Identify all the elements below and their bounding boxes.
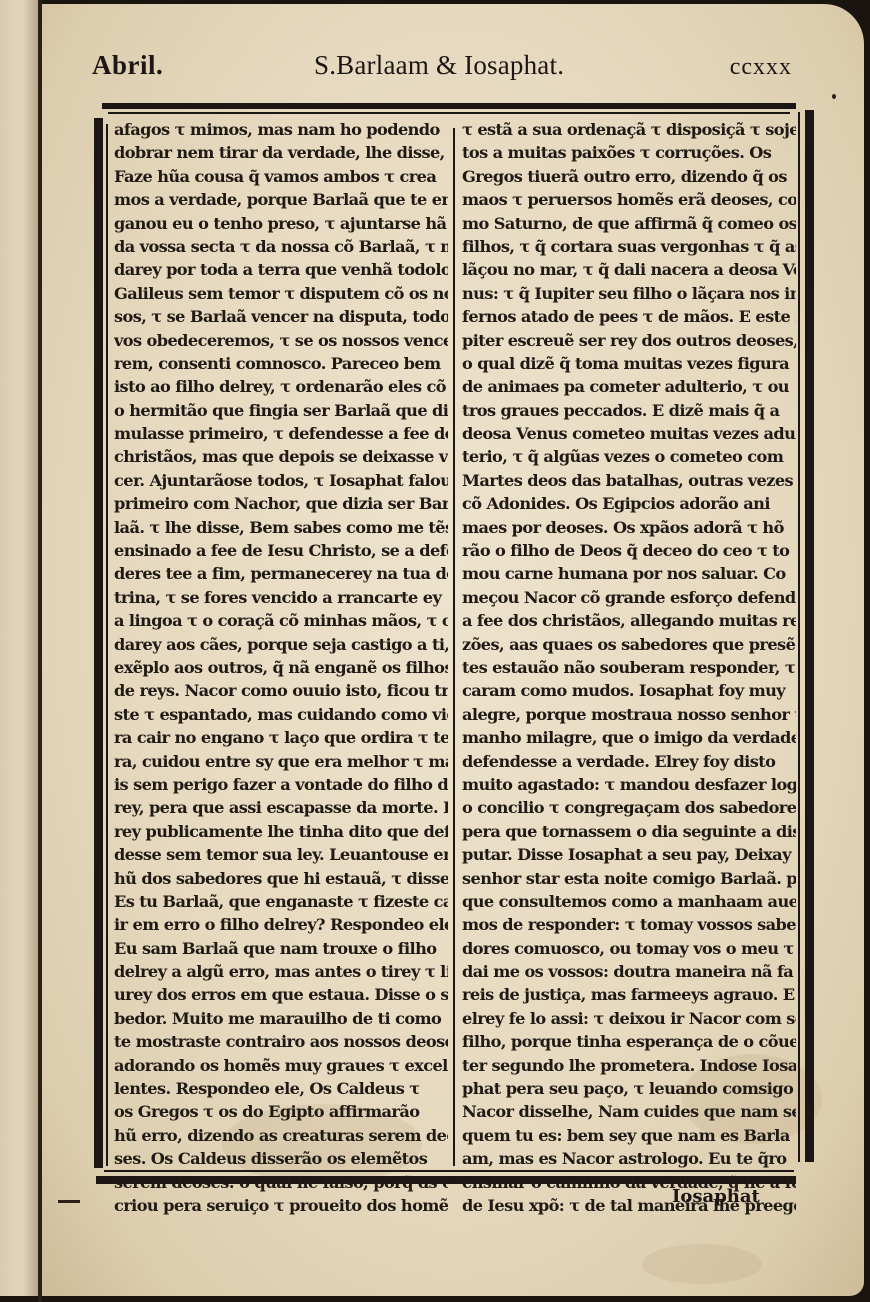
text-line: darey por toda a terra que venhã todolos xyxy=(114,258,448,281)
text-line: vos obedeceremos, τ se os nossos vence xyxy=(114,329,448,352)
text-line: primeiro com Nachor, que dizia ser Bar xyxy=(114,492,448,515)
text-line: rey publicamente lhe tinha dito que defe xyxy=(114,820,448,843)
text-line: Faze hũa cousa q̃ vamos ambos τ crea xyxy=(114,165,448,188)
text-line: Galileus sem temor τ disputem cõ os nos xyxy=(114,282,448,305)
text-line: a lingoa τ o coraçã cõ minhas mãos, τ o xyxy=(114,609,448,632)
text-line: lãçou no mar, τ q̃ dali nacera a deosa V… xyxy=(462,258,796,281)
right-border-thick xyxy=(805,110,814,1162)
text-line: o concilio τ congregaçam dos sabedores xyxy=(462,796,796,819)
text-line: am, mas es Nacor astrologo. Eu te q̃ro xyxy=(462,1147,796,1170)
text-line: meçou Nacor cõ grande esforço defender xyxy=(462,586,796,609)
text-line: mulasse primeiro, τ defendesse a fee dos xyxy=(114,422,448,445)
text-line: da vossa secta τ da nossa cõ Barlaã, τ m… xyxy=(114,235,448,258)
text-column-right: τ estã a sua ordenaçã τ disposiçã τ soje… xyxy=(462,118,796,1217)
text-line: trina, τ se fores vencido a rrancarte ey xyxy=(114,586,448,609)
text-line: cõ Adonides. Os Egipcios adorão ani xyxy=(462,492,796,515)
text-line: ter segundo lhe prometera. Indose Iosa xyxy=(462,1054,796,1077)
text-line: exẽplo aos outros, q̃ nã enganẽ os filho… xyxy=(114,656,448,679)
text-line: lentes. Respondeo ele, Os Caldeus τ xyxy=(114,1077,448,1100)
text-line: senhor star esta noite comigo Barlaã. pe… xyxy=(462,867,796,890)
text-line: nus: τ q̃ Iupiter seu filho o lãçara nos… xyxy=(462,282,796,305)
text-line: o qual dizẽ q̃ toma muitas vezes figura xyxy=(462,352,796,375)
text-line: laã. τ lhe disse, Bem sabes como me tẽs xyxy=(114,516,448,539)
text-line: Martes deos das batalhas, outras vezes xyxy=(462,469,796,492)
text-line: maes por deoses. Os xpãos adorã τ hõ xyxy=(462,516,796,539)
running-head: Abril. S.Barlaam & Iosaphat. ccxxx xyxy=(92,50,792,90)
text-line: Es tu Barlaã, que enganaste τ fizeste ca xyxy=(114,890,448,913)
text-line: mos a verdade, porque Barlaã que te en xyxy=(114,188,448,211)
text-line: muito agastado: τ mandou desfazer logo xyxy=(462,773,796,796)
text-line: tos a muitas paixões τ corruções. Os xyxy=(462,141,796,164)
ink-mark xyxy=(58,1200,80,1203)
text-line: zões, aas quaes os sabedores que presẽ xyxy=(462,633,796,656)
running-head-title: S.Barlaam & Iosaphat. xyxy=(314,50,564,81)
text-line: christãos, mas que depois se deixasse vẽ xyxy=(114,445,448,468)
text-line: a fee dos christãos, allegando muitas re xyxy=(462,609,796,632)
text-line: pera que tornassem o dia seguinte a dis xyxy=(462,820,796,843)
text-line: quem tu es: bem sey que nam es Barla xyxy=(462,1124,796,1147)
text-line: adorando os homẽs muy graues τ excel xyxy=(114,1054,448,1077)
text-line: mos de responder: τ tomay vossos sabe xyxy=(462,913,796,936)
top-rule-thin xyxy=(108,112,790,114)
text-line: de animaes pa cometer adulterio, τ ou xyxy=(462,375,796,398)
text-line: deres tee a fim, permanecerey na tua dou xyxy=(114,562,448,585)
text-line: te mostraste contrairo aos nossos deoses xyxy=(114,1030,448,1053)
text-line: Eu sam Barlaã que nam trouxe o filho xyxy=(114,937,448,960)
text-line: defendesse a verdade. Elrey foy disto xyxy=(462,750,796,773)
text-line: tes estauão não souberam responder, τ fi xyxy=(462,656,796,679)
text-line: afagos τ mimos, mas nam ho podendo xyxy=(114,118,448,141)
folio-number: ccxxx xyxy=(730,54,792,81)
left-border-thick xyxy=(94,118,103,1168)
ink-spot xyxy=(832,94,836,99)
text-line: filho, porque tinha esperança de o cõuer xyxy=(462,1030,796,1053)
text-line: hũ erro, dizendo as creaturas serem deo xyxy=(114,1124,448,1147)
text-line: τ estã a sua ordenaçã τ disposiçã τ soje… xyxy=(462,118,796,141)
text-line: o hermitão que fingia ser Barlaã que dis… xyxy=(114,399,448,422)
text-line: terio, τ q̃ algũas vezes o cometeo com xyxy=(462,445,796,468)
left-border-thin xyxy=(106,124,108,1166)
text-line: mo Saturno, de que affirmã q̃ comeo os xyxy=(462,212,796,235)
text-line: maos τ peruersos homẽs erã deoses, co xyxy=(462,188,796,211)
text-line: manho milagre, que o imigo da verdade xyxy=(462,726,796,749)
text-line: ganou eu o tenho preso, τ ajuntarse hã o… xyxy=(114,212,448,235)
text-line: ses. Os Caldeus disserão os elemẽtos xyxy=(114,1147,448,1170)
text-line: fernos atado de pees τ de mãos. E este i… xyxy=(462,305,796,328)
text-line: criou pera seruiço τ proueito dos homẽs xyxy=(114,1194,448,1217)
text-line: dobrar nem tirar da verdade, lhe disse, xyxy=(114,141,448,164)
text-line: ra cair no engano τ laço que ordira τ te… xyxy=(114,726,448,749)
text-line: elrey fe lo assi: τ deixou ir Nacor com … xyxy=(462,1007,796,1030)
text-line: reis de justiça, mas farmeeys agrauo. E xyxy=(462,983,796,1006)
text-line: delrey a algũ erro, mas antes o tirey τ … xyxy=(114,960,448,983)
text-line: bedor. Muito me marauilho de ti como xyxy=(114,1007,448,1030)
text-line: rey, pera que assi escapasse da morte. E… xyxy=(114,796,448,819)
text-line: ensinado a fee de Iesu Christo, se a def… xyxy=(114,539,448,562)
facing-page-edge xyxy=(0,0,38,1296)
text-line: alegre, porque mostraua nosso senhor ta xyxy=(462,703,796,726)
text-line: urey dos erros em que estaua. Disse o sa xyxy=(114,983,448,1006)
text-line: tros graues peccados. E dizẽ mais q̃ a xyxy=(462,399,796,422)
right-border-thin xyxy=(798,112,800,1162)
text-line: desse sem temor sua ley. Leuantouse entã xyxy=(114,843,448,866)
text-line: serem deoses: o qual he falso, porq̃ ds … xyxy=(114,1171,448,1194)
text-line: Nacor disselhe, Nam cuides que nam sey xyxy=(462,1100,796,1123)
top-rule xyxy=(102,103,796,109)
text-line: filhos, τ q̃ cortara suas vergonhas τ q̃… xyxy=(462,235,796,258)
running-head-month: Abril. xyxy=(92,50,163,81)
text-line: rão o filho de Deos q̃ deceo do ceo τ to xyxy=(462,539,796,562)
text-line: phat pera seu paço, τ leuando comsigo a xyxy=(462,1077,796,1100)
text-line: deosa Venus cometeo muitas vezes adul xyxy=(462,422,796,445)
text-line: sos, τ se Barlaã vencer na disputa, todo… xyxy=(114,305,448,328)
text-line: os Gregos τ os do Egipto affirmarão xyxy=(114,1100,448,1123)
text-line: putar. Disse Iosaphat a seu pay, Deixay xyxy=(462,843,796,866)
text-line: dai me os vossos: doutra maneira nã fa xyxy=(462,960,796,983)
text-line: que consultemos como a manhaam aue xyxy=(462,890,796,913)
catchword: Iosaphat xyxy=(672,1186,760,1207)
text-line: isto ao filho delrey, τ ordenarão eles c… xyxy=(114,375,448,398)
text-line: Gregos tiuerã outro erro, dizendo q̃ os xyxy=(462,165,796,188)
paper-stain xyxy=(642,1244,762,1284)
text-line: dores comuosco, ou tomay vos o meu τ xyxy=(462,937,796,960)
text-line: cer. Ajuntarãose todos, τ Iosaphat falou xyxy=(114,469,448,492)
text-line: is sem perigo fazer a vontade do filho d… xyxy=(114,773,448,796)
text-line: ste τ espantado, mas cuidando como vie xyxy=(114,703,448,726)
text-line: ra, cuidou entre sy que era melhor τ ma xyxy=(114,750,448,773)
text-column-left: afagos τ mimos, mas nam ho podendodobrar… xyxy=(114,118,448,1217)
column-divider xyxy=(453,128,455,1166)
text-line: mou carne humana por nos saluar. Co xyxy=(462,562,796,585)
text-line: hũ dos sabedores que hi estauã, τ disse, xyxy=(114,867,448,890)
text-line: de reys. Nacor como ouuio isto, ficou tr… xyxy=(114,679,448,702)
text-line: rem, consenti comnosco. Pareceo bem xyxy=(114,352,448,375)
text-line: darey aos cães, porque seja castigo a ti… xyxy=(114,633,448,656)
text-line: ir em erro o filho delrey? Respondeo ele… xyxy=(114,913,448,936)
text-line: piter escreuẽ ser rey dos outros deoses, xyxy=(462,329,796,352)
text-line: caram como mudos. Iosaphat foy muy xyxy=(462,679,796,702)
